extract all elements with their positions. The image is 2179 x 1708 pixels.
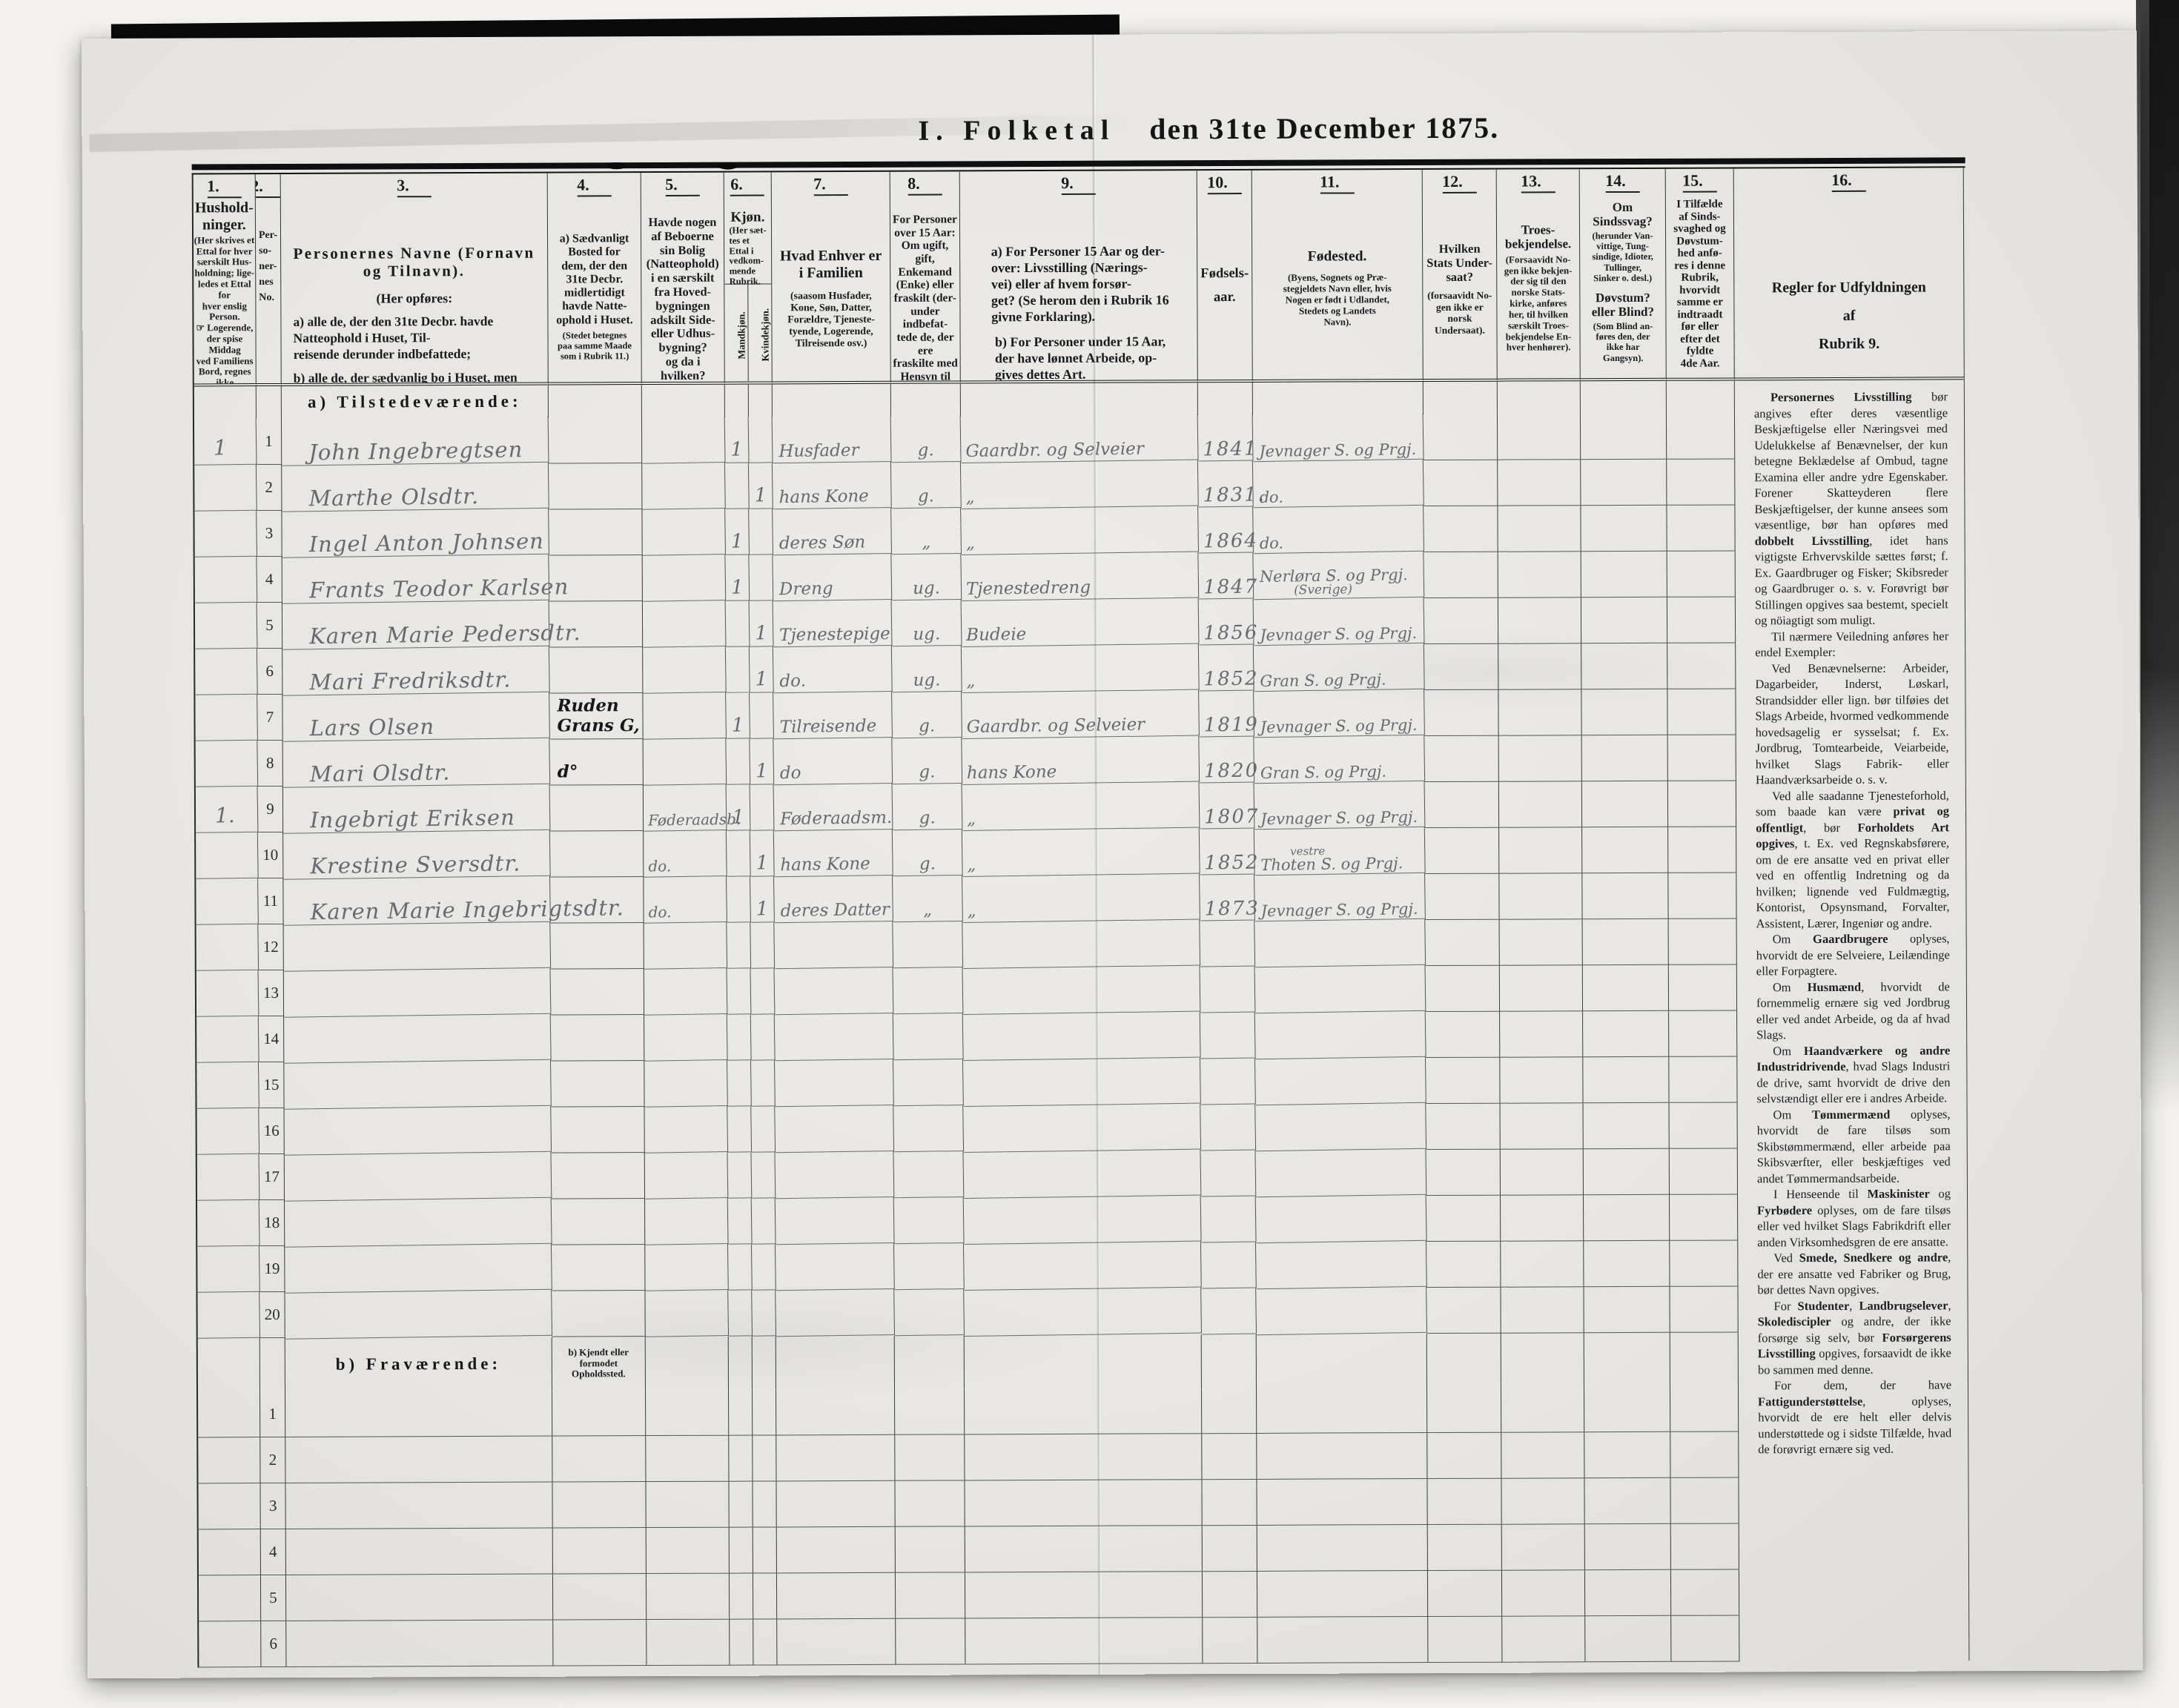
cell-citizenship (1426, 1288, 1501, 1334)
cell-person-no: 5 (257, 603, 282, 649)
cell-name (284, 1152, 552, 1202)
cell-marital-status: g. (892, 692, 962, 738)
cell-birth-year: 1852 (1200, 829, 1255, 875)
cell-disabilities (1582, 735, 1668, 781)
cell-usual-residence (549, 417, 642, 463)
cell-citizenship (1424, 598, 1498, 644)
col-header-marital-status: 8. For Personer over 15 Aar: Om ugift, g… (890, 171, 961, 383)
cell-name (284, 968, 552, 1018)
cell-onset-age (1670, 1102, 1738, 1148)
cell-person-no: 16 (259, 1108, 285, 1154)
rules-text-column: Personernes Livsstilling bør angives eft… (1735, 380, 1970, 1661)
cell-outbuilding (643, 692, 727, 740)
scanned-census-page: I. Folketalden 31te December 1875. Perso… (0, 0, 2179, 1708)
cell-birthplace-main: Thoten S. og Prgj. (1260, 855, 1403, 873)
section-b-residence-note: b) Kjendt eller formodet Opholdssted. (552, 1337, 646, 1390)
cell-citizenship (1428, 1571, 1502, 1617)
cell-family-position (776, 1197, 895, 1245)
cell-person-no: 6 (261, 1621, 286, 1667)
cell-citizenship (1426, 1058, 1500, 1104)
cell-occupation (964, 1288, 1202, 1337)
cell-birthplace-main: Jevnager S. og Prgj. (1260, 626, 1417, 643)
cell-female-mark (753, 1527, 777, 1573)
cell-occupation (963, 1150, 1201, 1199)
cell-citizenship (1425, 736, 1499, 782)
cell-usual-residence (553, 1528, 647, 1574)
cell-occupation (962, 920, 1200, 970)
cell-outbuilding (647, 1528, 730, 1574)
rules-paragraphs: Personernes Livsstilling bør angives eft… (1754, 388, 1952, 1457)
cell-onset-age (1670, 1431, 1739, 1477)
cell-religion (1502, 1570, 1585, 1616)
cell-citizenship (1424, 506, 1498, 552)
cell-occupation (963, 1104, 1201, 1153)
cell-family-position: Tjenestepige (773, 600, 893, 647)
col-header-person-no: 2. Per- so- ner- nes No. (256, 174, 282, 386)
cell-birthplace (1257, 1433, 1427, 1480)
cell-outbuilding: do. (644, 830, 727, 878)
cell-family-position: deres Søn (773, 508, 892, 555)
rules-paragraph: For dem, der have Fattigunderstøttelse, … (1758, 1377, 1951, 1457)
cell-religion (1499, 873, 1582, 919)
cell-male-mark (726, 646, 750, 692)
paper-sheet: I. Folketalden 31te December 1875. Perso… (82, 30, 2143, 1678)
cell-household-no (196, 1154, 259, 1201)
cell-disabilities (1581, 460, 1667, 506)
cell-birthplace: Jevnager S. og Prgj. (1254, 873, 1426, 921)
cell-disabilities (1583, 1011, 1669, 1057)
cell-female-mark: 1 (749, 463, 773, 509)
cell-usual-residence (549, 509, 642, 555)
cell-person-no: 6 (257, 649, 282, 695)
cell-usual-residence (550, 831, 644, 877)
cell-female-mark: 1 (750, 830, 775, 876)
cell-disabilities (1581, 598, 1667, 643)
cell-religion (1501, 1287, 1584, 1333)
rules-paragraph: I Henseende til Maskinister og Fyrbødere… (1757, 1185, 1951, 1250)
cell-citizenship (1426, 1150, 1501, 1196)
cell-marital-status (894, 1289, 965, 1336)
cell-male-mark (727, 876, 751, 922)
cell-family-position: Dreng (773, 554, 892, 601)
cell-religion (1498, 460, 1581, 506)
cell-birthplace (1257, 1479, 1427, 1526)
cell-birth-year: 1841 (1198, 415, 1254, 462)
cell-marital-status (893, 967, 964, 1014)
cell-disabilities (1581, 552, 1667, 598)
cell-marital-status (893, 921, 963, 968)
col-header-religion: 13. Troes- bekjendelse. (Forsaavidt No- … (1497, 169, 1581, 381)
cell-religion (1498, 552, 1581, 598)
cell-name (285, 1483, 552, 1529)
cell-marital-status: ug. (892, 646, 962, 692)
cell-religion (1499, 827, 1582, 873)
cell-marital-status (894, 1243, 965, 1290)
col-header-male: Mandkjøn. (724, 285, 749, 382)
cell-outbuilding (642, 417, 726, 464)
cell-usual-residence (553, 1620, 647, 1666)
cell-onset-age (1669, 1056, 1737, 1102)
cell-outbuilding: do. (644, 876, 727, 924)
cell-religion (1499, 781, 1582, 827)
cell-marital-status (896, 1526, 965, 1572)
cell-name (285, 1198, 552, 1248)
cell-male-mark (729, 1436, 753, 1482)
cell-citizenship (1424, 460, 1498, 506)
cell-person-no: 13 (259, 970, 284, 1016)
cell-name: Mari Fredriksdtr. (282, 646, 550, 696)
cell-household-no (196, 970, 259, 1017)
rules-paragraph: For Studenter, Landbrugselever, Skoledis… (1758, 1297, 1951, 1378)
cell-onset-age (1667, 551, 1736, 597)
cell-outbuilding (644, 1060, 728, 1108)
cell-female-mark (753, 1389, 776, 1435)
cell-birthplace: vestre Thoten S. og Prgj. (1254, 827, 1426, 875)
cell-onset-age (1671, 1615, 1739, 1661)
cell-citizenship (1428, 1617, 1502, 1663)
cell-citizenship (1426, 920, 1500, 966)
cell-religion (1501, 1478, 1584, 1524)
cell-marital-status: „ (893, 875, 963, 922)
cell-marital-status: g. (892, 738, 962, 784)
cell-family-position (777, 1527, 896, 1574)
cell-onset-age (1670, 1286, 1738, 1332)
cell-disabilities (1583, 919, 1669, 965)
cell-birth-year: 1807 (1200, 783, 1255, 830)
cell-birthplace-main: do. (1259, 490, 1283, 506)
cell-outbuilding (643, 600, 727, 648)
census-form: Personernes Livsstilling bør angives eft… (192, 157, 1971, 1667)
cell-family-position (775, 1013, 894, 1061)
rules-paragraph: Ved Benævnelserne: Arbeider, Dagarbeider… (1755, 660, 1949, 788)
col-header-female: Kvindekjøn. (748, 284, 772, 381)
cell-onset-age (1667, 505, 1735, 551)
cell-outbuilding: Føderaadsb. (644, 784, 727, 832)
cell-male-mark: 1 (725, 555, 750, 600)
cell-religion (1499, 735, 1582, 781)
cell-outbuilding (645, 1198, 729, 1245)
cell-name: Lars Olsen (282, 692, 550, 742)
cell-occupation: „ (962, 874, 1200, 924)
rules-paragraph: Ved Smede, Snedkere og andre, der ere an… (1757, 1249, 1951, 1298)
cell-usual-residence (549, 463, 642, 509)
cell-person-no: 2 (257, 465, 282, 511)
cell-occupation (965, 1526, 1203, 1572)
cell-birthplace (1255, 965, 1426, 1013)
cell-outbuilding (646, 1436, 729, 1482)
cell-birthplace (1256, 1195, 1427, 1243)
cell-disabilities (1584, 1478, 1670, 1524)
cell-onset-age (1670, 1194, 1738, 1240)
cell-birthplace: Gran S. og Prgj. (1254, 643, 1425, 692)
cell-name: Karen Marie Ingebrigtsdtr. (283, 876, 551, 926)
cell-onset-age (1667, 643, 1736, 689)
col-header-names: 3. Personernes Navne (Fornavn og Tilnavn… (281, 173, 549, 386)
cell-birth-year (1202, 1434, 1257, 1480)
cell-family-position (776, 1435, 895, 1482)
cell-religion (1501, 1386, 1584, 1432)
cell-occupation (963, 966, 1201, 1016)
rules-paragraph: Om Haandværkere og andre Industridrivend… (1756, 1042, 1950, 1107)
rules-paragraph: Om Gaardbrugere oplyses, hvorvidt de ere… (1756, 930, 1950, 979)
cell-person-no: 17 (259, 1154, 285, 1200)
cell-religion (1501, 1432, 1584, 1478)
cell-religion (1501, 1241, 1584, 1287)
cell-usual-residence (552, 1107, 645, 1153)
cell-person-no: 4 (261, 1529, 286, 1575)
cell-male-mark (727, 1014, 752, 1060)
cell-citizenship (1424, 552, 1498, 598)
cell-outbuilding (644, 968, 728, 1016)
cell-male-mark (729, 1390, 753, 1436)
cell-name (284, 1060, 552, 1110)
cell-household-no (197, 1246, 260, 1293)
cell-birth-year (1203, 1526, 1257, 1572)
cell-person-no: 4 (257, 557, 282, 603)
cell-marital-status: „ (891, 508, 962, 555)
cell-disabilities (1582, 873, 1668, 919)
cell-female-mark (752, 1290, 776, 1336)
cell-marital-status: g. (893, 784, 963, 830)
cell-religion (1500, 1057, 1583, 1103)
cell-male-mark (727, 1060, 752, 1106)
cell-male-mark (729, 1482, 753, 1528)
cell-person-no: 3 (260, 1483, 285, 1529)
cell-religion (1501, 1149, 1584, 1195)
cell-birthplace-main: Gran S. og Prgj. (1260, 764, 1386, 781)
cell-usual-residence (550, 785, 644, 831)
cell-birth-year (1201, 1242, 1257, 1289)
cell-household-no (198, 1437, 260, 1483)
rules-paragraph: Om Tømmermænd oplyses, hvorvidt de fare … (1757, 1106, 1951, 1187)
cell-family-position (776, 1389, 895, 1436)
cell-religion (1498, 414, 1581, 460)
col-header-sex: 6. Kjøn. (Her sæt- tes et Ettal i vedkom… (724, 172, 773, 384)
cell-household-no (199, 1529, 261, 1575)
cell-onset-age (1669, 1010, 1737, 1056)
cell-household-no (198, 1391, 260, 1437)
cell-birthplace (1255, 1011, 1426, 1059)
cell-family-position (775, 1151, 894, 1199)
cell-onset-age (1667, 689, 1736, 735)
cell-name: Ingel Anton Johnsen (282, 509, 549, 558)
cell-female-mark (751, 968, 776, 1014)
cell-family-position: do. (773, 646, 893, 693)
cell-birth-year (1202, 1388, 1257, 1434)
cell-religion (1500, 965, 1583, 1011)
page-title-section: I. Folketal (918, 115, 1115, 147)
cell-birth-year: 1819 (1199, 691, 1254, 738)
cell-household-no (196, 878, 259, 925)
cell-female-mark (753, 1435, 776, 1481)
cell-outbuilding (643, 646, 727, 694)
cell-usual-residence (552, 1199, 645, 1245)
cell-citizenship (1426, 966, 1500, 1012)
cell-family-position (776, 1243, 895, 1291)
cell-family-position: deres Datter (774, 875, 893, 923)
cell-family-position (777, 1573, 896, 1620)
cell-usual-residence (552, 1153, 645, 1199)
cell-birthplace (1255, 1149, 1426, 1197)
cell-birth-year (1200, 967, 1255, 1013)
cell-religion (1501, 1103, 1584, 1149)
cell-family-position (775, 1059, 894, 1107)
cell-name: Karen Marie Pedersdtr. (282, 600, 550, 650)
ink-blob (718, 163, 738, 170)
cell-person-no: 15 (259, 1062, 284, 1108)
cell-person-no: 7 (257, 695, 282, 741)
cell-usual-residence (551, 1061, 644, 1107)
cell-birthplace: Jevnager S. og Prgj. (1253, 414, 1424, 462)
cell-usual-residence: Ruden Grans G, (549, 693, 643, 739)
cell-citizenship (1425, 828, 1499, 874)
cell-male-mark: 1 (725, 417, 750, 463)
cell-outbuilding (643, 738, 727, 786)
cell-onset-age (1667, 413, 1735, 459)
cell-name (285, 1290, 552, 1340)
cell-female-mark: 1 (750, 600, 774, 646)
cell-onset-age (1671, 1569, 1739, 1615)
cell-birthplace: do. (1253, 460, 1424, 508)
col-header-disabilities: 14. Om Sindssvag? (herunder Van- vittige… (1580, 169, 1667, 381)
col-header-family-position: 7. Hvad Enhver er i Familien (saasom Hus… (772, 172, 891, 385)
cell-person-no: 9 (258, 787, 283, 833)
cell-disabilities (1585, 1570, 1671, 1616)
cell-birthplace: Gran S. og Prgj. (1254, 735, 1425, 784)
cell-person-no: 8 (258, 741, 283, 787)
cell-birth-year (1202, 1480, 1257, 1526)
cell-citizenship (1424, 690, 1498, 736)
cell-marital-status (895, 1480, 965, 1526)
cell-marital-status (896, 1572, 965, 1618)
cell-birth-year (1200, 1105, 1256, 1151)
cell-household-no (197, 1200, 260, 1247)
cell-occupation (965, 1480, 1202, 1526)
cell-usual-residence (551, 1015, 644, 1061)
cell-usual-residence (552, 1390, 646, 1436)
cell-citizenship (1426, 1242, 1501, 1288)
cell-marital-status (893, 1105, 964, 1152)
cell-male-mark (730, 1574, 753, 1620)
cell-religion (1500, 1011, 1583, 1057)
cell-male-mark (726, 600, 750, 646)
cell-occupation (964, 1242, 1202, 1291)
census-table: Personernes Livsstilling bør angives eft… (192, 166, 1971, 1667)
cell-household-no (195, 649, 258, 695)
cell-occupation: „ (961, 506, 1199, 556)
section-a-label: a) Tilstedeværende: (282, 385, 549, 419)
cell-religion (1498, 598, 1581, 643)
cell-outbuilding (644, 1014, 728, 1062)
cell-onset-age (1670, 1477, 1739, 1523)
cell-outbuilding (647, 1574, 730, 1620)
cell-birthplace (1257, 1525, 1428, 1572)
cell-birthplace-main: Jevnager S. og Prgj. (1260, 810, 1418, 827)
cell-person-no: 20 (259, 1292, 285, 1338)
cell-female-mark (750, 784, 775, 830)
cell-birthplace (1257, 1571, 1428, 1618)
cell-person-no: 5 (261, 1575, 286, 1621)
cell-female-mark (749, 509, 773, 555)
cell-family-position: Føderaadsm. (774, 784, 893, 831)
cell-family-position (774, 921, 893, 969)
cell-male-mark (728, 1198, 753, 1244)
cell-disabilities (1583, 965, 1669, 1011)
cell-household-no (194, 511, 257, 557)
cell-family-position: Tilreisende (773, 692, 893, 739)
cell-birthplace (1257, 1617, 1428, 1664)
cell-family-position: hans Kone (774, 830, 893, 877)
cell-occupation (965, 1434, 1202, 1480)
cell-onset-age (1669, 964, 1737, 1010)
cell-onset-age (1668, 735, 1736, 781)
cell-birthplace: Jevnager S. og Prgj. (1254, 781, 1426, 830)
cell-disabilities (1584, 1287, 1670, 1333)
cell-birthplace-main: Gran S. og Prgj. (1260, 672, 1386, 689)
cell-birthplace (1256, 1287, 1427, 1335)
cell-household-no (194, 465, 257, 512)
cell-family-position: hans Kone (773, 462, 892, 509)
page-title-date: den 31te December 1875. (1149, 111, 1499, 146)
cell-occupation (965, 1572, 1203, 1618)
cell-birth-year (1200, 1151, 1256, 1197)
cell-outbuilding (642, 509, 726, 556)
cell-household-no (195, 741, 258, 787)
cell-outbuilding (646, 1390, 729, 1436)
cell-male-mark: 1 (727, 784, 751, 830)
cell-person-no: 1 (260, 1391, 285, 1437)
cell-female-mark (751, 1106, 776, 1152)
cell-usual-residence (551, 969, 644, 1015)
cell-household-no (199, 1621, 261, 1667)
cell-disabilities (1584, 1149, 1670, 1195)
cell-birthplace (1255, 1103, 1426, 1151)
cell-household-no (196, 1062, 259, 1109)
cell-male-mark (728, 1244, 753, 1290)
cell-household-no (198, 1483, 260, 1529)
cell-person-no: 19 (259, 1246, 285, 1292)
cell-usual-residence (552, 1291, 645, 1337)
cell-marital-status: g. (891, 462, 962, 509)
cell-birthplace (1256, 1241, 1427, 1289)
cell-onset-age (1670, 1386, 1739, 1431)
cell-name (285, 1391, 552, 1437)
cell-disabilities (1581, 689, 1667, 735)
cell-female-mark (753, 1481, 776, 1527)
cell-usual-residence: d° (550, 739, 644, 785)
cell-occupation (963, 1012, 1201, 1062)
rules-paragraph: Ved alle saadanne Tjenesteforhold, som b… (1756, 787, 1950, 932)
cell-birth-year: 1847 (1198, 553, 1254, 600)
cell-citizenship (1426, 1012, 1500, 1058)
cell-family-position (777, 1619, 896, 1666)
cell-female-mark (751, 1014, 776, 1060)
cell-female-mark (750, 692, 774, 738)
cell-female-mark: 1 (750, 876, 775, 922)
cell-onset-age (1668, 873, 1736, 918)
cell-name (284, 1106, 552, 1156)
cell-disabilities (1584, 1386, 1670, 1432)
cell-onset-age (1667, 459, 1735, 505)
col-header-usual-residence: 4. a) Sædvanligt Bosted for dem, der den… (548, 173, 642, 385)
cell-marital-status (894, 1197, 965, 1244)
cell-birth-year (1201, 1288, 1257, 1335)
cell-disabilities (1583, 1057, 1669, 1103)
cell-name: Ingebrigt Eriksen (283, 784, 551, 834)
cell-occupation (965, 1618, 1203, 1664)
cell-marital-status (895, 1434, 965, 1480)
rules-paragraph: Personernes Livsstilling bør angives eft… (1754, 388, 1948, 628)
